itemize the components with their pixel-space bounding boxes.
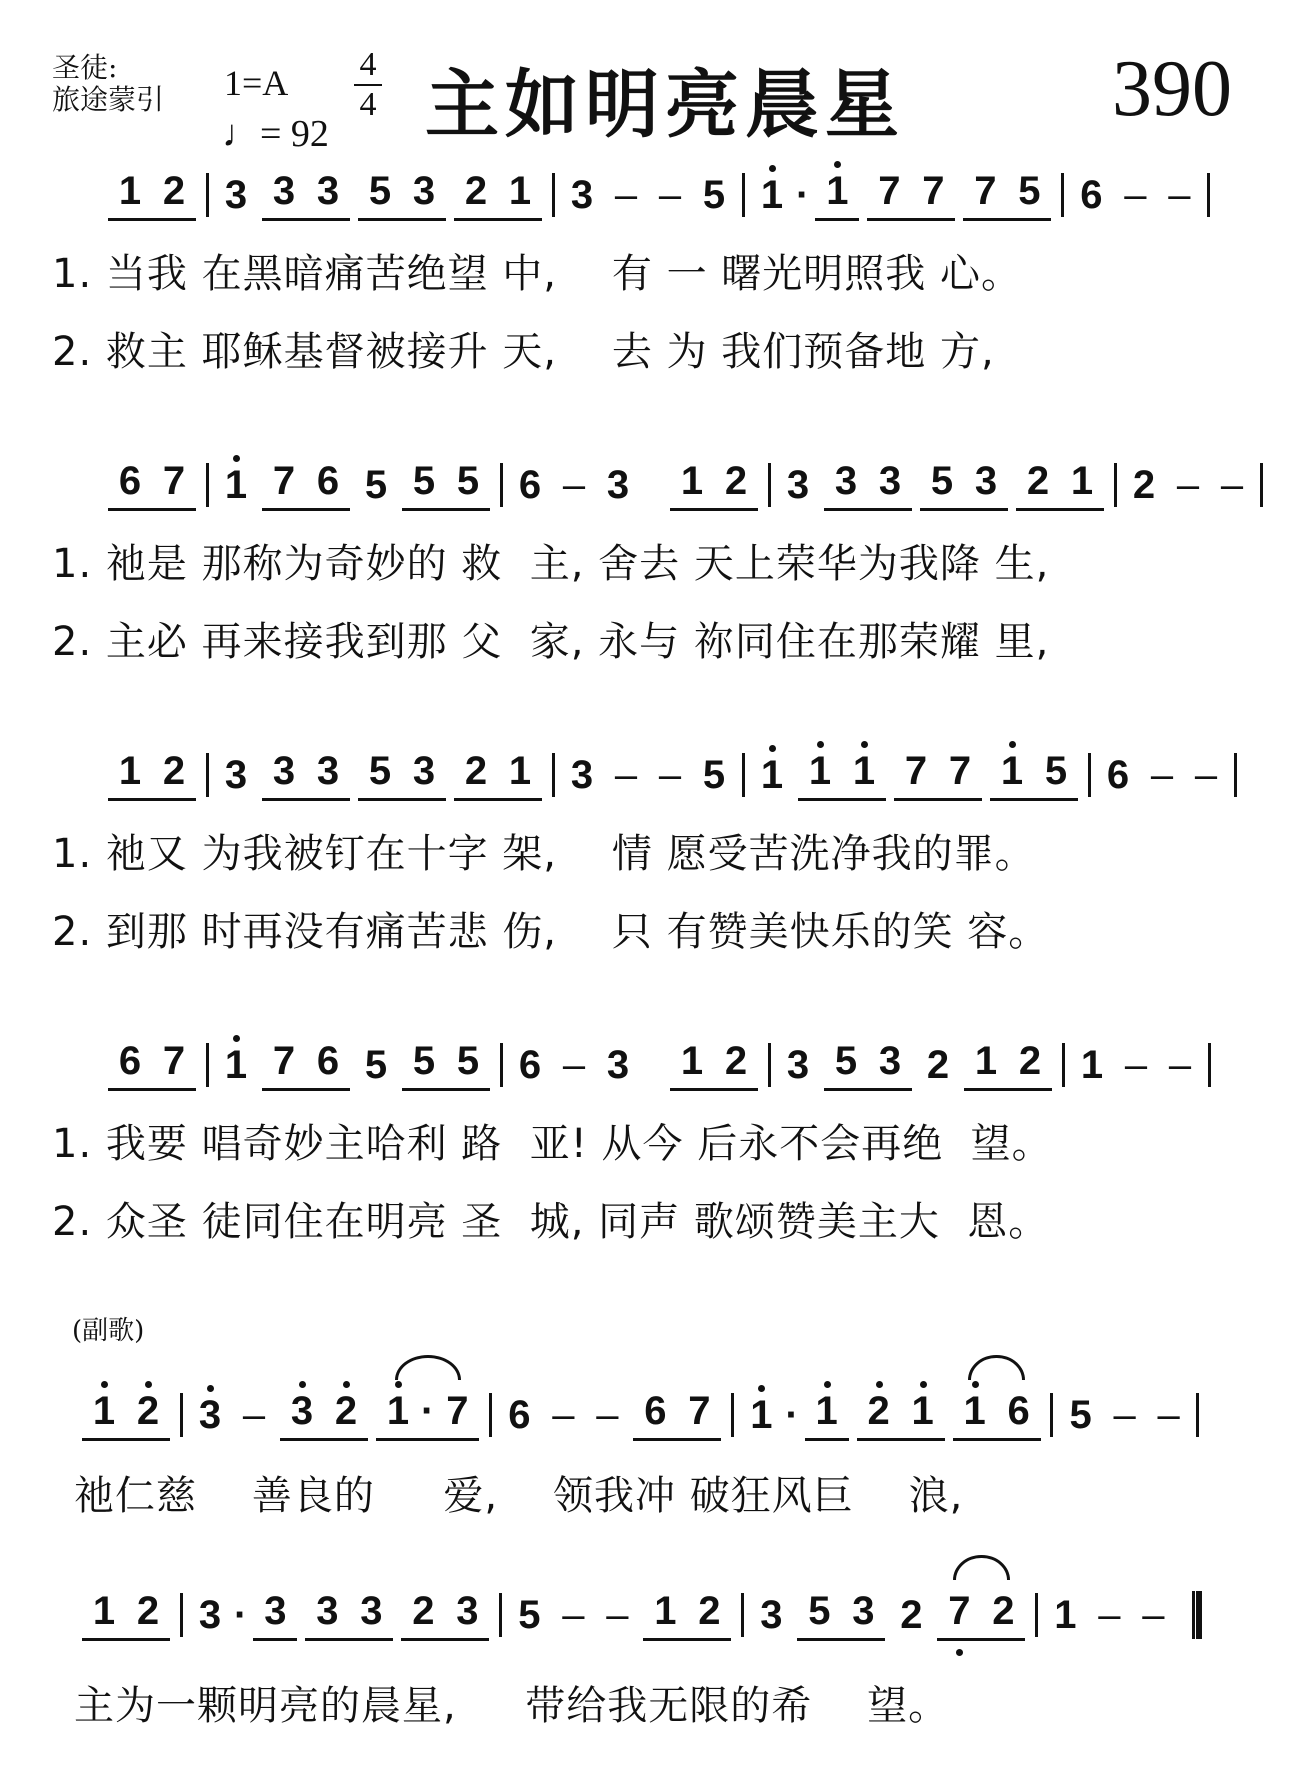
source-line-1: 圣徒: — [52, 52, 164, 84]
note-group: 12 — [670, 459, 758, 511]
note: 5 — [361, 1043, 391, 1088]
note: 6 — [504, 1393, 534, 1438]
dash: – — [611, 173, 641, 218]
note-group: 33 — [824, 459, 912, 511]
note: 5 — [409, 1039, 439, 1084]
note-group: 76 — [262, 1039, 350, 1091]
note-high: 1 — [822, 169, 852, 214]
note: 7 — [269, 459, 299, 504]
note: 6 — [515, 1043, 545, 1088]
note-group: 77 — [894, 749, 982, 801]
note: 5 — [831, 1039, 861, 1084]
dash: – — [1164, 173, 1194, 218]
barline — [204, 463, 210, 507]
note: 2 — [159, 169, 189, 214]
note: 2 — [1129, 463, 1159, 508]
lyric-chorus-1: 祂仁慈 善良的 爱, 领我冲 破狂风巨 浪, — [74, 1464, 963, 1521]
note-group: 53 — [358, 749, 446, 801]
note: 6 — [640, 1389, 670, 1434]
note: 3 — [313, 749, 343, 794]
note-group: 12 — [82, 1589, 170, 1641]
note-group: 12 — [670, 1039, 758, 1091]
notation-line: 67 1 76 5 55 6–3 12 3 53 2 12 1–– — [104, 1030, 1216, 1100]
time-signature-top: 4 — [350, 48, 386, 82]
time-signature: 4 4 — [350, 48, 386, 122]
note-group: 53 — [920, 459, 1008, 511]
note: 6 — [1004, 1389, 1034, 1434]
lyric-verse-1: 1. 祂又 为我被钉在十字 架, 情 愿受苦洗净我的罪。 — [52, 822, 1036, 879]
note-group: 23 — [401, 1589, 489, 1641]
barline — [497, 1593, 503, 1637]
note: 1 — [505, 169, 535, 214]
barline — [550, 173, 556, 217]
dash: – — [1191, 753, 1221, 798]
barline — [204, 1043, 210, 1087]
barline — [739, 1593, 745, 1637]
dash: – — [655, 753, 685, 798]
note: 2 — [721, 1039, 751, 1084]
note: 3 — [452, 1589, 482, 1634]
note: 6 — [313, 459, 343, 504]
note: 7 — [874, 169, 904, 214]
note: 3 — [312, 1589, 342, 1634]
dash: – — [1173, 463, 1203, 508]
notation-line: 67 1 76 5 55 6–3 12 3 33 53 21 2–– — [104, 450, 1268, 520]
note: 2 — [159, 749, 189, 794]
note: 1 — [1077, 1043, 1107, 1088]
note: 5 — [699, 753, 729, 798]
note: 1 — [971, 1039, 1001, 1084]
barline — [766, 1043, 772, 1087]
dot: · — [796, 173, 809, 218]
note: 7 — [159, 459, 189, 504]
note: 3 — [783, 463, 813, 508]
barline — [1232, 753, 1238, 797]
barline — [487, 1393, 493, 1437]
dash: – — [239, 1393, 269, 1438]
note-high: 3 — [287, 1389, 317, 1434]
note: 3 — [756, 1593, 786, 1638]
note: 5 — [1041, 749, 1071, 794]
note-group: 55 — [402, 1039, 490, 1091]
barline — [1033, 1593, 1039, 1637]
note-high: 1 — [849, 749, 879, 794]
dash: – — [602, 1593, 632, 1638]
note-group: 67 — [108, 459, 196, 511]
note: 6 — [115, 459, 145, 504]
note-group: 11 — [798, 749, 886, 801]
note-high: 1 — [805, 749, 835, 794]
note: 6 — [1076, 173, 1106, 218]
note: 3 — [269, 749, 299, 794]
barline — [1258, 463, 1264, 507]
note-high: 3 — [195, 1393, 225, 1438]
note: 7 — [970, 169, 1000, 214]
note: 5 — [927, 459, 957, 504]
lyric-chorus-2: 主为一颗明亮的晨星, 带给我无限的希 望。 — [74, 1674, 949, 1731]
dash: – — [558, 1593, 588, 1638]
lyric-verse-1: 1. 我要 唱奇妙主哈利 路 亚! 从今 后永不会再绝 望。 — [52, 1112, 1053, 1169]
dash: – — [1138, 1593, 1168, 1638]
note: 7 — [945, 749, 975, 794]
note-high: 1 — [812, 1389, 842, 1434]
dash: – — [1121, 1043, 1151, 1088]
barline — [1049, 1393, 1055, 1437]
note-group: 12 — [108, 169, 196, 221]
tied-note-group: 72 — [937, 1589, 1025, 1641]
note-high: 1 — [221, 1043, 251, 1088]
lyric-verse-2: 2. 主必 再来接我到那 父 家, 永与 祢同住在那荣耀 里, — [52, 610, 1049, 667]
note-group: 12 — [82, 1389, 170, 1441]
dash: – — [655, 173, 685, 218]
note: 1 — [1067, 459, 1097, 504]
note: 3 — [603, 463, 633, 508]
note-group: 33 — [305, 1589, 393, 1641]
note-group: 21 — [454, 169, 542, 221]
note: 5 — [365, 749, 395, 794]
note-group: 12 — [108, 749, 196, 801]
note-group: 21 — [857, 1389, 945, 1441]
barline — [1206, 1043, 1212, 1087]
note-high: 1 — [908, 1389, 938, 1434]
barline — [1059, 173, 1065, 217]
note: 5 — [409, 459, 439, 504]
note: 5 — [514, 1593, 544, 1638]
note: 7 — [159, 1039, 189, 1084]
note-group: 12 — [964, 1039, 1052, 1091]
note: 5 — [361, 463, 391, 508]
note: 3 — [567, 173, 597, 218]
lyric-verse-2: 2. 众圣 徒同住在明亮 圣 城, 同声 歌颂赞美主大 恩。 — [52, 1190, 1049, 1247]
note: 3 — [971, 459, 1001, 504]
note: 6 — [515, 463, 545, 508]
note-group: 75 — [963, 169, 1051, 221]
note-high: 2 — [331, 1389, 361, 1434]
dash: – — [548, 1393, 578, 1438]
barline — [498, 463, 504, 507]
note-group: 53 — [824, 1039, 912, 1091]
barline — [766, 463, 772, 507]
barline — [740, 173, 746, 217]
tied-note-group: 1·7 — [376, 1389, 479, 1441]
final-barline — [1182, 1591, 1212, 1639]
hymn-number: 390 — [1112, 44, 1232, 135]
dash: – — [1110, 1393, 1140, 1438]
note: 1 — [1050, 1593, 1080, 1638]
hymn-title: 主如明亮晨星 — [425, 46, 905, 152]
note: 1 — [650, 1589, 680, 1634]
note: 1 — [115, 749, 145, 794]
dash: – — [1217, 463, 1247, 508]
chorus-label: (副歌) — [72, 1310, 144, 1347]
dot: · — [421, 1389, 434, 1434]
source-line-2: 旅途蒙引 — [52, 84, 164, 116]
note: 2 — [988, 1589, 1018, 1634]
note: 5 — [453, 1039, 483, 1084]
dash: – — [559, 1043, 589, 1088]
barline — [740, 753, 746, 797]
note: 6 — [313, 1039, 343, 1084]
key-signature: 1=A — [224, 62, 288, 104]
note: 3 — [260, 1589, 290, 1634]
notation-line: 12 3 33 53 21 3––5 1 11 77 15 6–– — [104, 740, 1242, 810]
barline — [498, 1043, 504, 1087]
note: 3 — [269, 169, 299, 214]
dot: · — [785, 1393, 798, 1438]
note-high: 1 — [997, 749, 1027, 794]
notation-line: 12 3· 3 33 23 5–– 12 3 53 2 72 1–– — [78, 1580, 1219, 1650]
note-high: 2 — [133, 1389, 163, 1434]
barline — [1112, 463, 1118, 507]
note: 5 — [804, 1589, 834, 1634]
note-group: 76 — [262, 459, 350, 511]
note-group: 77 — [867, 169, 955, 221]
note: 2 — [408, 1589, 438, 1634]
note: 3 — [603, 1043, 633, 1088]
barline — [729, 1393, 735, 1437]
note: 3 — [831, 459, 861, 504]
notation-line: 12 3 33 53 21 3––5 1· 1 77 75 6–– — [104, 160, 1215, 230]
note: 3 — [221, 753, 251, 798]
note: 3 — [409, 169, 439, 214]
note-high: 1 — [960, 1389, 990, 1434]
note: 7 — [918, 169, 948, 214]
note: 1 — [677, 459, 707, 504]
note: 1 — [677, 1039, 707, 1084]
lyric-verse-1: 1. 祂是 那称为奇妙的 救 主, 舍去 天上荣华为我降 生, — [52, 532, 1049, 589]
notation-line: 12 3– 32 1·7 6–– 67 1· 1 21 16 5–– — [78, 1380, 1205, 1450]
note: 3 — [783, 1043, 813, 1088]
note: 2 — [1023, 459, 1053, 504]
lyric-verse-2: 2. 到那 时再没有痛苦悲 伤, 只 有赞美快乐的笑 容。 — [52, 900, 1049, 957]
note-high: 1 — [89, 1389, 119, 1434]
note-group: 53 — [358, 169, 446, 221]
dash: – — [1165, 1043, 1195, 1088]
barline — [1205, 173, 1211, 217]
barline — [178, 1593, 184, 1637]
note: 7 — [442, 1389, 472, 1434]
barline — [1060, 1043, 1066, 1087]
note: 1 — [89, 1589, 119, 1634]
note: 2 — [896, 1593, 926, 1638]
note: 7 — [684, 1389, 714, 1434]
note-high: 1 — [221, 463, 251, 508]
note: 5 — [1014, 169, 1044, 214]
note: 2 — [923, 1043, 953, 1088]
note: 3 — [875, 1039, 905, 1084]
note-group: 1 — [815, 169, 859, 221]
note: 7 — [269, 1039, 299, 1084]
note-high: 1 — [383, 1389, 413, 1434]
time-signature-bottom: 4 — [350, 88, 386, 122]
note: 5 — [1066, 1393, 1096, 1438]
dash: – — [1147, 753, 1177, 798]
note: 5 — [453, 459, 483, 504]
hymn-header: 圣徒: 旅途蒙引 1=A ♩= 92 4 4 主如明亮晨星 390 — [0, 0, 1305, 150]
note: 5 — [365, 169, 395, 214]
note: 3 — [567, 753, 597, 798]
lyric-verse-1: 1. 当我 在黑暗痛苦绝望 中, 有 一 曙光明照我 心。 — [52, 242, 1022, 299]
dash: – — [611, 753, 641, 798]
barline — [1086, 753, 1092, 797]
note: 3 — [356, 1589, 386, 1634]
note-group: 33 — [262, 749, 350, 801]
note: 2 — [461, 749, 491, 794]
barline — [204, 173, 210, 217]
note: 3 — [875, 459, 905, 504]
barline — [1195, 1393, 1201, 1437]
note: 2 — [721, 459, 751, 504]
hymnal-source: 圣徒: 旅途蒙引 — [52, 52, 164, 116]
note-group: 55 — [402, 459, 490, 511]
note-low: 7 — [944, 1589, 974, 1634]
note-high: 2 — [864, 1389, 894, 1434]
lyric-verse-2: 2. 救主 耶稣基督被接升 天, 去 为 我们预备地 方, — [52, 320, 995, 377]
note: 2 — [461, 169, 491, 214]
note-high: 1 — [757, 173, 787, 218]
barline — [204, 753, 210, 797]
note-group: 3 — [253, 1589, 297, 1641]
dash: – — [559, 463, 589, 508]
dash: – — [1094, 1593, 1124, 1638]
note: 2 — [1015, 1039, 1045, 1084]
note: 6 — [1103, 753, 1133, 798]
dot: · — [234, 1593, 247, 1638]
note-high: 1 — [746, 1393, 776, 1438]
note: 7 — [901, 749, 931, 794]
dash: – — [1120, 173, 1150, 218]
note-group: 15 — [990, 749, 1078, 801]
tempo-marking: ♩= 92 — [222, 112, 329, 156]
barline — [550, 753, 556, 797]
barline — [178, 1393, 184, 1437]
note: 2 — [133, 1589, 163, 1634]
note-group: 67 — [108, 1039, 196, 1091]
note: 3 — [313, 169, 343, 214]
note: 3 — [195, 1593, 225, 1638]
note-group: 67 — [633, 1389, 721, 1441]
note-group: 33 — [262, 169, 350, 221]
dash: – — [592, 1393, 622, 1438]
tied-note-group: 16 — [953, 1389, 1041, 1441]
note-group: 12 — [643, 1589, 731, 1641]
note: 3 — [848, 1589, 878, 1634]
note: 3 — [409, 749, 439, 794]
note: 6 — [115, 1039, 145, 1084]
note: 1 — [115, 169, 145, 214]
note-group: 1 — [805, 1389, 849, 1441]
note-group: 53 — [797, 1589, 885, 1641]
note: 2 — [694, 1589, 724, 1634]
note: 3 — [221, 173, 251, 218]
note-group: 21 — [1016, 459, 1104, 511]
note: 5 — [699, 173, 729, 218]
note: 1 — [505, 749, 535, 794]
dash: – — [1154, 1393, 1184, 1438]
note-high: 1 — [757, 753, 787, 798]
note-group: 21 — [454, 749, 542, 801]
note-group: 32 — [280, 1389, 368, 1441]
